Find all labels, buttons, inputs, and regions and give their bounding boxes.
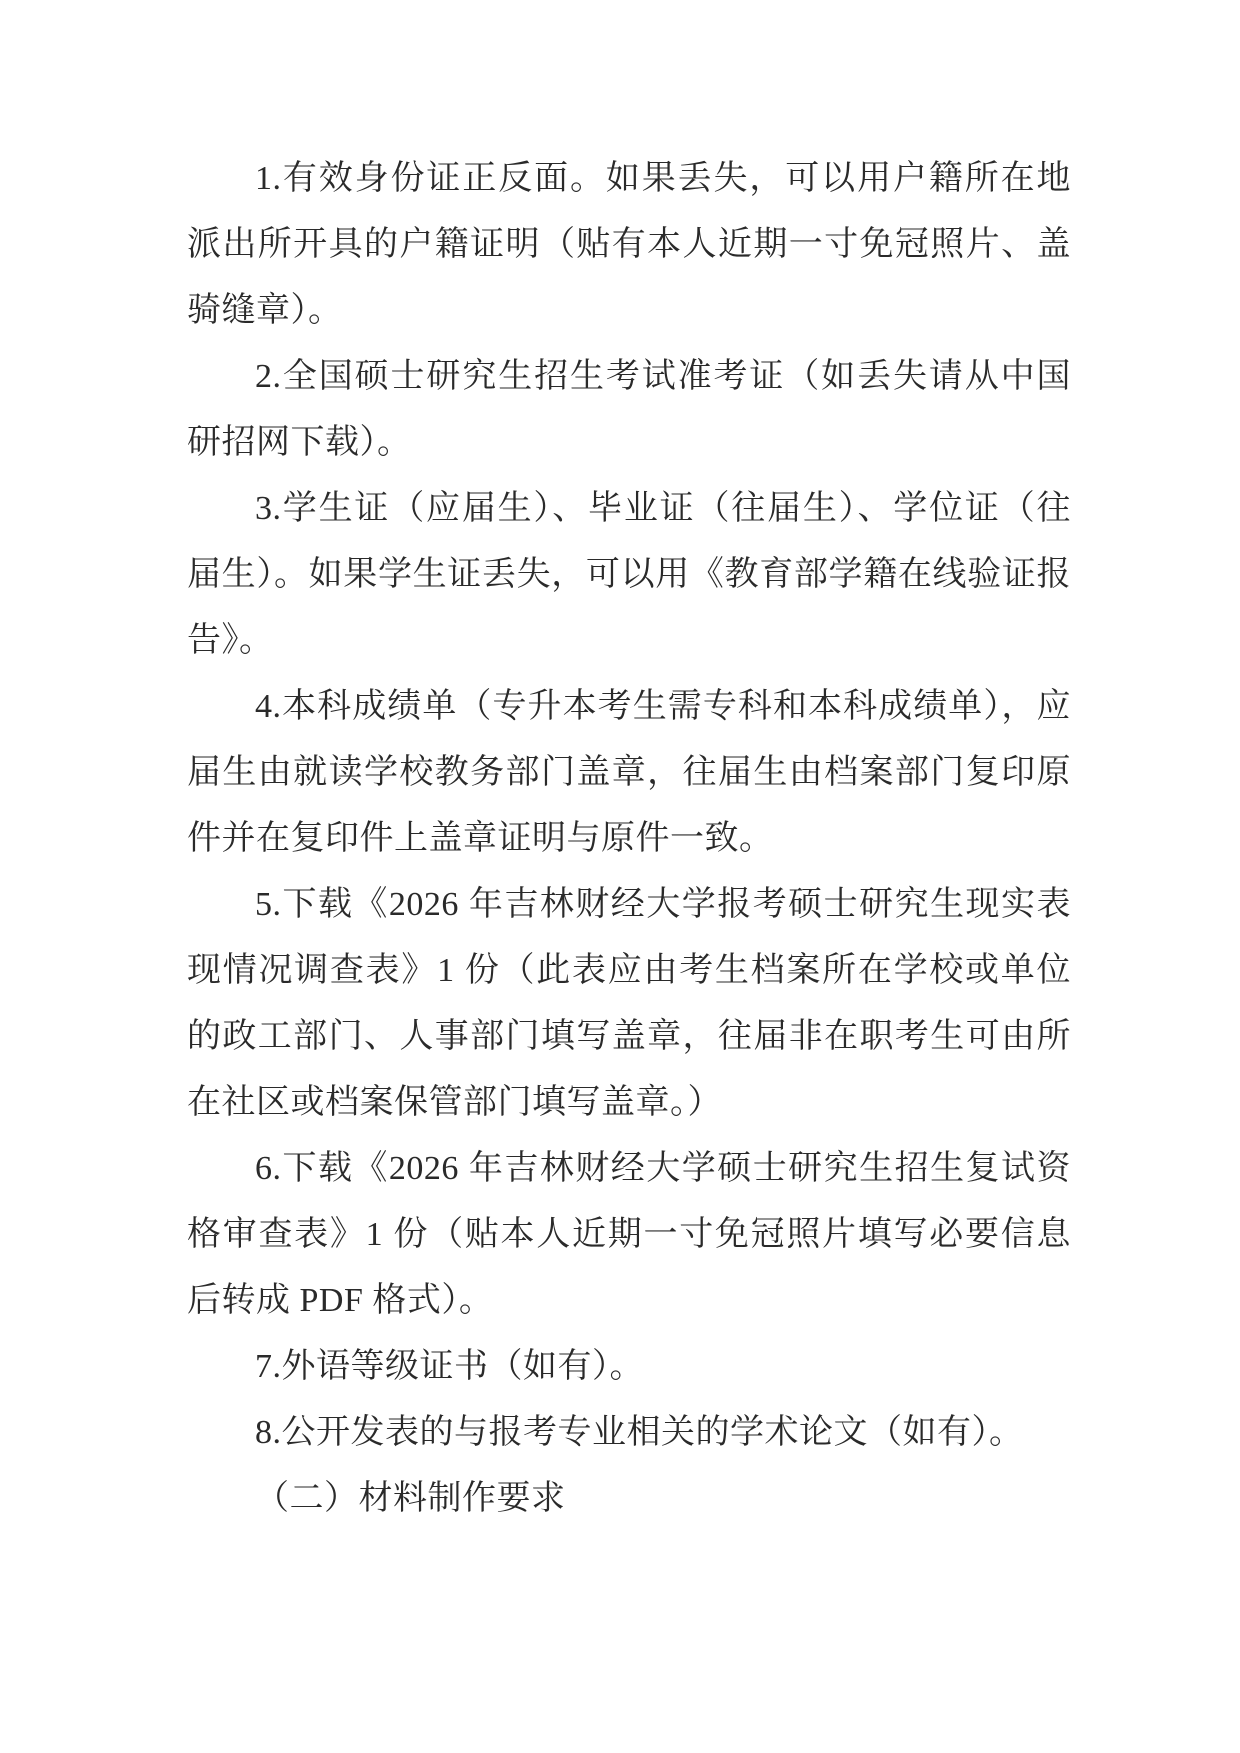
list-item-8: 8.公开发表的与报考专业相关的学术论文（如有）。 — [187, 1400, 1071, 1466]
section-heading: （二）材料制作要求 — [187, 1466, 1071, 1532]
list-item-2: 2.全国硕士研究生招生考试准考证（如丢失请从中国研招网下载）。 — [187, 344, 1071, 476]
list-item-5: 5.下载《2026 年吉林财经大学报考硕士研究生现实表现情况调查表》1 份（此表… — [187, 872, 1071, 1136]
list-item-1: 1.有效身份证正反面。如果丢失，可以用户籍所在地派出所开具的户籍证明（贴有本人近… — [187, 146, 1071, 344]
list-item-6: 6.下载《2026 年吉林财经大学硕士研究生招生复试资格审查表》1 份（贴本人近… — [187, 1136, 1071, 1334]
document-page: 1.有效身份证正反面。如果丢失，可以用户籍所在地派出所开具的户籍证明（贴有本人近… — [0, 0, 1240, 1753]
list-item-4: 4.本科成绩单（专升本考生需专科和本科成绩单），应届生由就读学校教务部门盖章，往… — [187, 674, 1071, 872]
document-content: 1.有效身份证正反面。如果丢失，可以用户籍所在地派出所开具的户籍证明（贴有本人近… — [187, 146, 1071, 1532]
list-item-7: 7.外语等级证书（如有）。 — [187, 1334, 1071, 1400]
list-item-3: 3.学生证（应届生）、毕业证（往届生）、学位证（往届生）。如果学生证丢失，可以用… — [187, 476, 1071, 674]
